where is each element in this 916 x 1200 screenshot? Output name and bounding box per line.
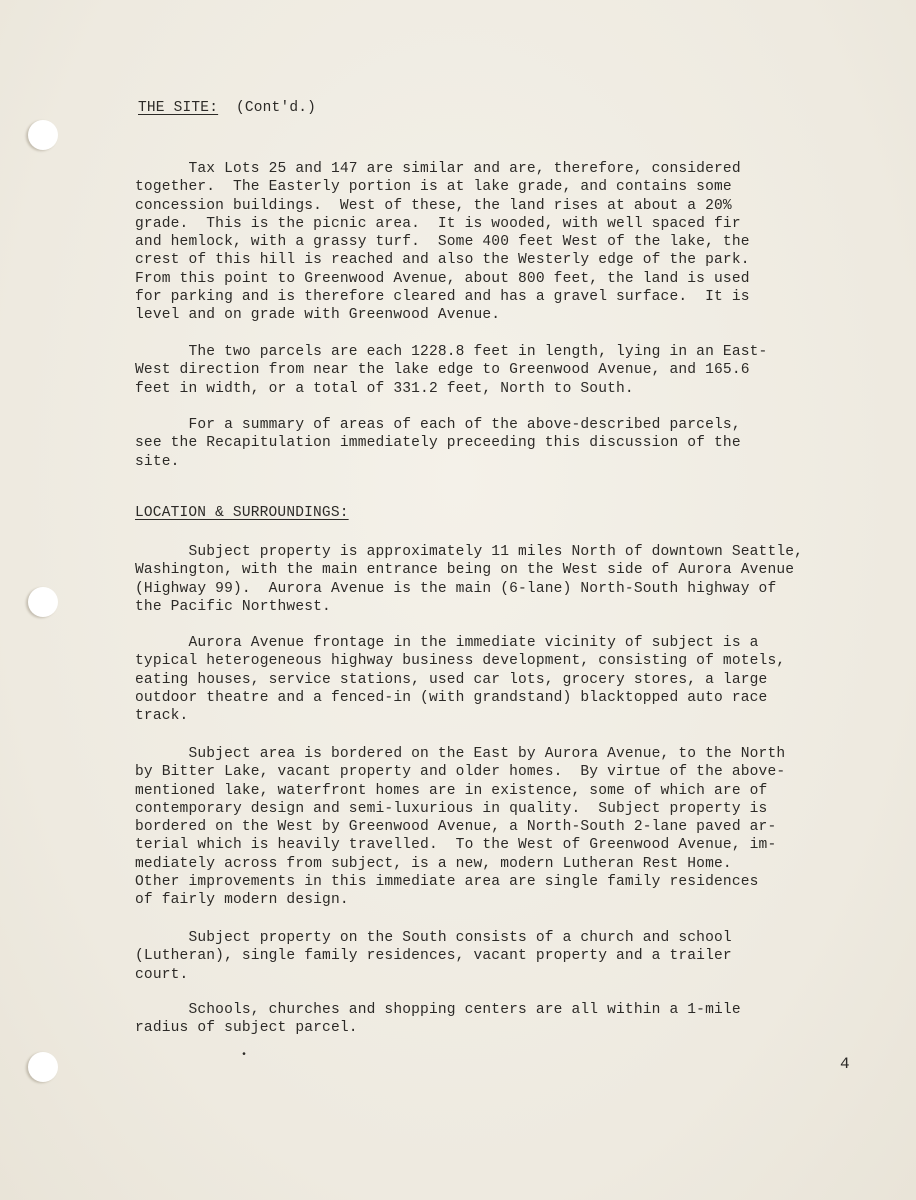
paragraph: Subject property is approximately 11 mil… xyxy=(135,543,825,616)
punch-hole xyxy=(28,587,58,617)
section-heading-the-site: THE SITE: (Cont'd.) xyxy=(138,100,316,116)
paragraph: For a summary of areas of each of the ab… xyxy=(135,416,825,471)
heading-title: LOCATION & SURROUNDINGS: xyxy=(135,505,349,521)
paragraph: Subject area is bordered on the East by … xyxy=(135,745,825,910)
paragraph: The two parcels are each 1228.8 feet in … xyxy=(135,343,825,398)
ink-speck: • xyxy=(241,1050,247,1061)
paragraph: Tax Lots 25 and 147 are similar and are,… xyxy=(135,160,825,325)
heading-title: THE SITE: xyxy=(138,100,218,116)
punch-hole xyxy=(28,1052,58,1082)
punch-hole xyxy=(28,120,58,150)
paragraph: Aurora Avenue frontage in the immediate … xyxy=(135,634,825,725)
paragraph: Subject property on the South consists o… xyxy=(135,929,825,984)
heading-suffix: (Cont'd.) xyxy=(236,100,316,116)
paragraph: Schools, churches and shopping centers a… xyxy=(135,1001,825,1038)
section-heading-location: LOCATION & SURROUNDINGS: xyxy=(135,505,349,521)
page-number: 4 xyxy=(840,1055,850,1073)
